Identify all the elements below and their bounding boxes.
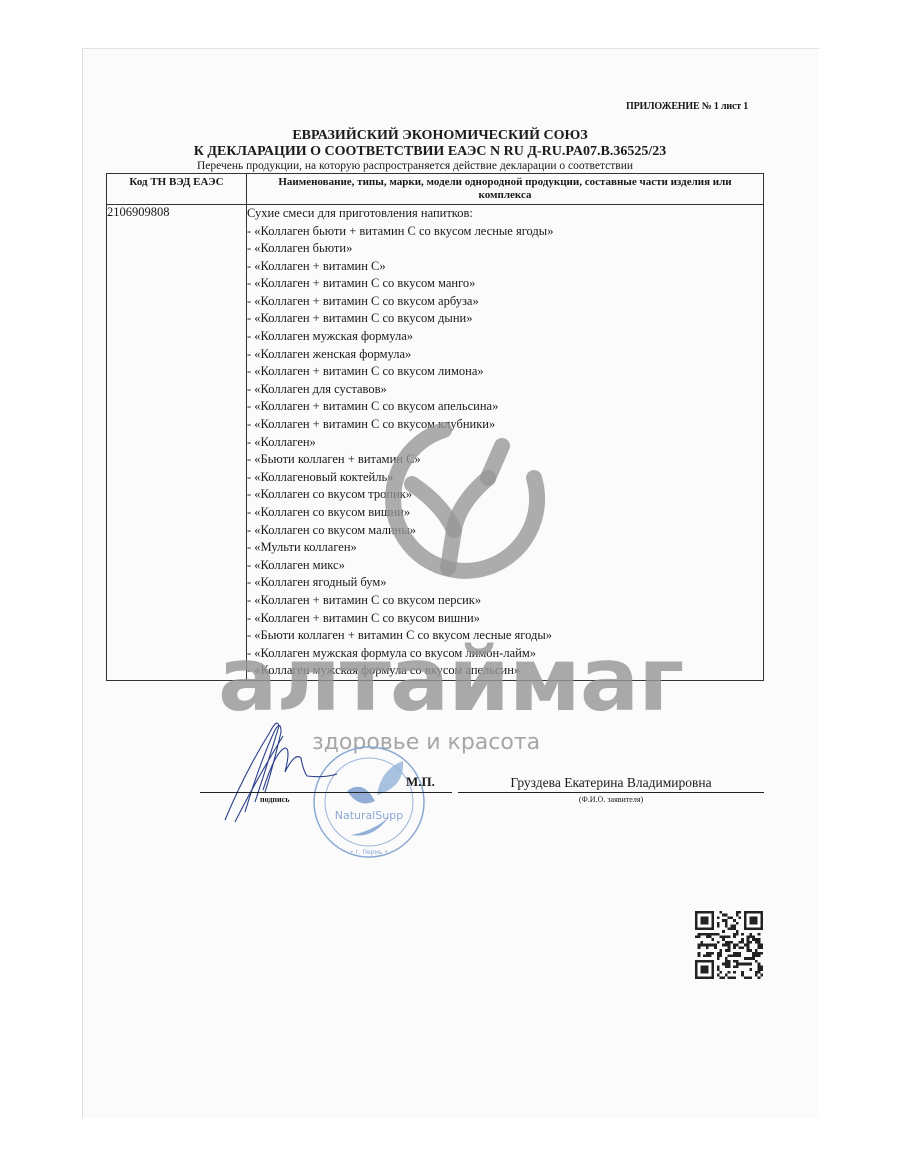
- list-item: - «Коллаген микс»: [247, 557, 763, 575]
- list-item: - «Коллаген ягодный бум»: [247, 574, 763, 592]
- list-item: - «Коллаген + витамин С со вкусом вишни»: [247, 610, 763, 628]
- table-header-row: Код ТН ВЭД ЕАЭС Наименование, типы, марк…: [107, 174, 764, 205]
- list-item: - «Бьюти коллаген + витамин С»: [247, 451, 763, 469]
- signature-line: [200, 792, 452, 793]
- list-item: - «Коллаген + витамин С со вкусом арбуза…: [247, 293, 763, 311]
- applicant-name-line: [458, 792, 764, 793]
- list-item: - «Коллаген + витамин С со вкусом лимона…: [247, 363, 763, 381]
- list-item: - «Бьюти коллаген + витамин С со вкусом …: [247, 627, 763, 645]
- list-item: - «Коллаген женская формула»: [247, 346, 763, 364]
- signature-label: подпись: [260, 795, 289, 804]
- list-item: - «Коллаген со вкусом малины»: [247, 522, 763, 540]
- list-item: - «Коллаген мужская формула со вкусом ап…: [247, 662, 763, 680]
- seal-label: М.П.: [406, 774, 435, 790]
- appendix-label: ПРИЛОЖЕНИЕ № 1 лист 1: [626, 101, 748, 112]
- list-item: - «Коллаген + витамин С со вкусом клубни…: [247, 416, 763, 434]
- product-group-intro: Сухие смеси для приготовления напитков:: [247, 205, 763, 223]
- list-item: - «Коллаген + витамин С со вкусом манго»: [247, 275, 763, 293]
- signature-icon: [215, 712, 375, 827]
- document-subtitle: Перечень продукции, на которую распростр…: [197, 160, 633, 172]
- product-names-cell: Сухие смеси для приготовления напитков: …: [247, 205, 764, 681]
- list-item: - «Мульти коллаген»: [247, 539, 763, 557]
- list-item: - «Коллаген + витамин С со вкусом апельс…: [247, 398, 763, 416]
- products-table: Код ТН ВЭД ЕАЭС Наименование, типы, марк…: [106, 173, 764, 681]
- column-header-name: Наименование, типы, марки, модели одноро…: [247, 174, 764, 205]
- applicant-name: Груздева Екатерина Владимировна: [458, 775, 764, 791]
- table-row: 2106909808 Сухие смеси для приготовления…: [107, 205, 764, 681]
- list-item: - «Коллаген для суставов»: [247, 381, 763, 399]
- list-item: - «Коллаген мужская формула со вкусом ли…: [247, 645, 763, 663]
- applicant-name-label: (Ф.И.О. заявителя): [458, 795, 764, 804]
- list-item: - «Коллаген»: [247, 434, 763, 452]
- list-item: - «Коллаген со вкусом вишни»: [247, 504, 763, 522]
- list-item: - «Коллаген + витамин С»: [247, 258, 763, 276]
- list-item: - «Коллаген мужская формула»: [247, 328, 763, 346]
- list-item: - «Коллаген + витамин С со вкусом персик…: [247, 592, 763, 610]
- product-list: - «Коллаген бьюти + витамин С со вкусом …: [247, 223, 763, 680]
- list-item: - «Коллаген бьюти»: [247, 240, 763, 258]
- svg-text:• г. Пермь •: • г. Пермь •: [350, 849, 388, 856]
- list-item: - «Коллагеновый коктейль»: [247, 469, 763, 487]
- document-title-union: ЕВРАЗИЙСКИЙ ЭКОНОМИЧЕСКИЙ СОЮЗ: [0, 128, 890, 144]
- list-item: - «Коллаген со вкусом тропик»: [247, 486, 763, 504]
- hs-code-cell: 2106909808: [107, 205, 247, 681]
- document-title-declaration: К ДЕКЛАРАЦИИ О СООТВЕТСТВИИ ЕАЭС N RU Д-…: [0, 144, 880, 160]
- qr-code-icon: [695, 910, 763, 980]
- list-item: - «Коллаген бьюти + витамин С со вкусом …: [247, 223, 763, 241]
- column-header-code: Код ТН ВЭД ЕАЭС: [107, 174, 247, 205]
- list-item: - «Коллаген + витамин С со вкусом дыни»: [247, 310, 763, 328]
